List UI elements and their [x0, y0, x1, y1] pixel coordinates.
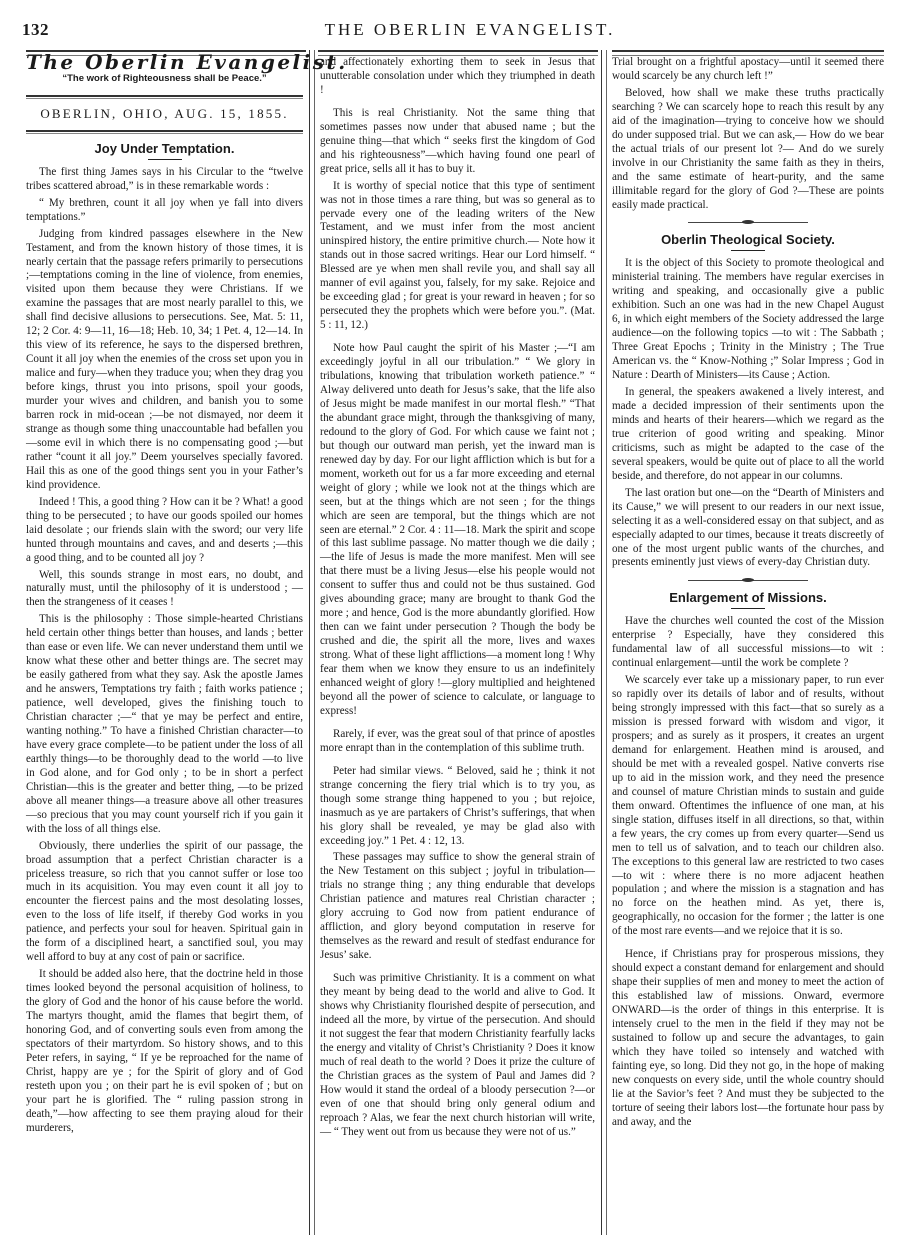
paragraph: Note how Paul caught the spirit of his M…	[320, 342, 595, 719]
paragraph: This is real Christianity. Not the same …	[320, 107, 595, 177]
masthead-title: The Oberlin Evangelist.	[26, 56, 303, 70]
ornamental-rule	[688, 222, 808, 223]
paragraph: Indeed ! This, a good thing ? How can it…	[26, 496, 303, 566]
paragraph: Obviously, there underlies the spirit of…	[26, 840, 303, 966]
article-heading-theological-society: Oberlin Theological Society.	[612, 233, 884, 247]
running-head: 132 THE OBERLIN EVANGELIST.	[0, 20, 900, 42]
paragraph: and affectionately exhorting them to see…	[320, 56, 595, 98]
masthead-rule	[26, 95, 303, 99]
ornamental-rule	[688, 580, 808, 581]
heading-rule	[731, 250, 765, 251]
paragraph: It is the object of this Society to prom…	[612, 257, 884, 383]
heading-rule	[148, 159, 182, 160]
column-3: Trial brought on a frightful apostacy—un…	[612, 56, 884, 1133]
paragraph: The last oration but one—on the “Dearth …	[612, 487, 884, 571]
paragraph: Rarely, if ever, was the great soul of t…	[320, 728, 595, 756]
masthead-motto: “The work of Righteousness shall be Peac…	[26, 72, 303, 86]
paragraph: “ My brethren, count it all joy when ye …	[26, 197, 303, 225]
column-2: and affectionately exhorting them to see…	[320, 56, 595, 1143]
paragraph: It should be added also here, that the d…	[26, 968, 303, 1135]
paragraph: In general, the speakers awakened a live…	[612, 386, 884, 484]
dateline-rule	[26, 130, 303, 134]
paragraph: Well, this sounds strange in most ears, …	[26, 569, 303, 611]
paragraph: Hence, if Christians pray for prosperous…	[612, 948, 884, 1129]
paragraph: This is the philosophy : Those simple-he…	[26, 613, 303, 836]
column-divider-1	[309, 50, 315, 1235]
paragraph: Trial brought on a frightful apostacy—un…	[612, 56, 884, 84]
paragraph: Have the churches well counted the cost …	[612, 615, 884, 671]
dateline: OBERLIN, OHIO, AUG. 15, 1855.	[26, 107, 303, 121]
paragraph: Such was primitive Christianity. It is a…	[320, 972, 595, 1139]
article-heading-joy-under-temptation: Joy Under Temptation.	[26, 142, 303, 156]
column-divider-2	[601, 50, 607, 1235]
paragraph: We scarcely ever take up a missionary pa…	[612, 674, 884, 939]
paragraph: The first thing James says in his Circul…	[26, 166, 303, 194]
column-1: The Oberlin Evangelist. “The work of Rig…	[26, 48, 303, 1139]
paragraph: Judging from kindred passages elsewhere …	[26, 228, 303, 493]
paragraph: Peter had similar views. “ Beloved, said…	[320, 765, 595, 849]
paragraph: Beloved, how shall we make these truths …	[612, 87, 884, 213]
heading-rule	[731, 608, 765, 609]
masthead: The Oberlin Evangelist. “The work of Rig…	[26, 56, 303, 86]
paragraph: It is worthy of special notice that this…	[320, 180, 595, 333]
article-heading-enlargement-of-missions: Enlargement of Missions.	[612, 591, 884, 605]
paragraph: These passages may suffice to show the g…	[320, 851, 595, 963]
running-title: THE OBERLIN EVANGELIST.	[0, 20, 900, 40]
